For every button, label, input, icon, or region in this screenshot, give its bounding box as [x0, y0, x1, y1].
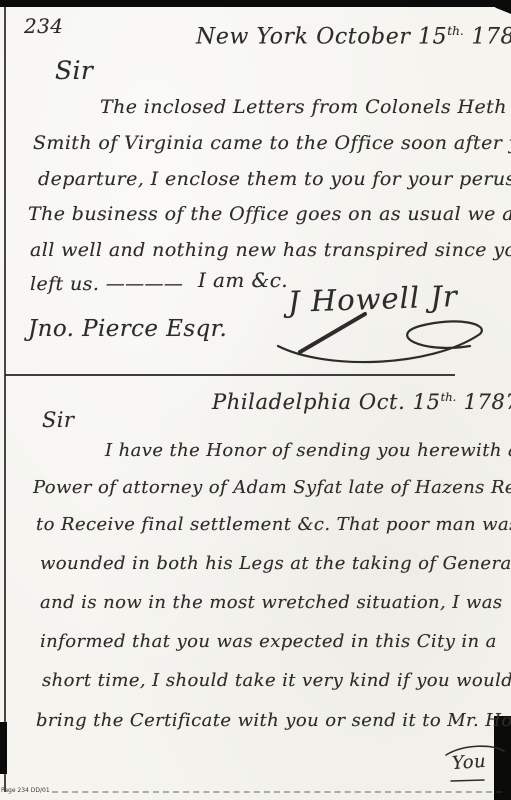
letter2-body-line: bring the Certificate with you or send i… — [36, 710, 511, 731]
letter2-body-line: wounded in both his Legs at the taking o… — [40, 553, 511, 574]
letter2-body-line: I have the Honor of sending you herewith… — [105, 440, 511, 461]
letter2-dateline: Philadelphia Oct. 15th. 1787 — [212, 390, 511, 414]
scan-edge-top-right — [489, 0, 511, 14]
letter1-body-line: departure, I enclose them to you for you… — [38, 168, 511, 190]
letter-divider-rule — [5, 374, 455, 376]
letter1-body-line: left us. ———— — [30, 273, 183, 295]
letter2-body-line: and is now in the most wretched situatio… — [40, 592, 503, 613]
letter1-addressee: Jno. Pierce Esqr. — [28, 316, 227, 342]
signature-flourish — [270, 308, 500, 366]
letter2-dateline-superscript: th. — [441, 390, 457, 404]
scan-bottom-smudge — [52, 791, 502, 793]
scan-edge-left-block — [0, 722, 7, 774]
letter1-body-line: Smith of Virginia came to the Office soo… — [33, 132, 511, 154]
letter1-dateline-superscript: th. — [447, 24, 464, 38]
letter2-dateline-year: 1787 — [464, 390, 511, 414]
letter2-body-line: short time, I should take it very kind i… — [42, 670, 511, 691]
letter1-body-line: The business of the Office goes on as us… — [28, 203, 511, 225]
letter1-closing: I am &c. — [198, 268, 288, 292]
letter2-dateline-place: Philadelphia Oct. 15 — [212, 390, 441, 414]
letter2-salutation: Sir — [42, 408, 74, 432]
page-edge-line — [4, 7, 6, 792]
letter1-dateline-place: New York October 15 — [196, 24, 447, 49]
page-number: 234 — [24, 14, 63, 38]
letter1-dateline: New York October 15th. 1787 — [196, 24, 511, 49]
manuscript-page: 234 New York October 15th. 1787 Sir The … — [0, 0, 511, 800]
letter1-body-line: The inclosed Letters from Colonels Heth … — [100, 96, 511, 118]
letter2-body-line: Power of attorney of Adam Syfat late of … — [33, 477, 511, 498]
letter1-body-line: all well and nothing new has transpired … — [30, 239, 511, 261]
catchword-underline — [448, 776, 488, 786]
letter2-body-line: informed that you was expected in this C… — [40, 631, 497, 652]
scan-edge-top — [0, 0, 511, 7]
catchword: You — [451, 751, 486, 774]
letter1-dateline-year: 1787 — [471, 24, 511, 49]
letter2-body-line: to Receive final settlement &c. That poo… — [36, 514, 511, 535]
microfilm-frame-label: Page 234 DD/01 — [1, 787, 50, 794]
letter1-salutation: Sir — [55, 56, 93, 85]
